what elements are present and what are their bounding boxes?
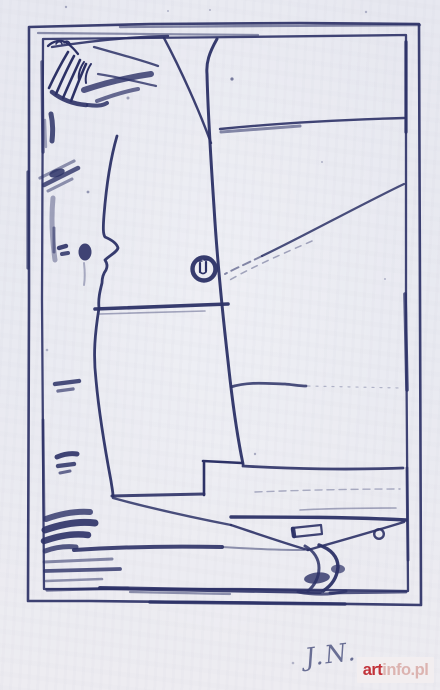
watermark-prefix: art (363, 661, 383, 680)
ink-smudges (40, 114, 230, 594)
bottom-steps (74, 461, 406, 550)
figure-profile-line (87, 136, 118, 496)
foot-hook (298, 545, 346, 594)
hand-sketch (48, 36, 211, 143)
ink-drawing: J.N. (0, 0, 440, 690)
artwork-photo: J.N. artinfo.pl (0, 0, 440, 690)
artist-signature: J.N. (298, 637, 358, 673)
monogram-circle-icon (193, 258, 216, 281)
top-right-lines (220, 118, 404, 281)
watermark-suffix: info.pl (382, 661, 428, 680)
central-divider-line (95, 39, 400, 464)
watermark: artinfo.pl (357, 657, 434, 683)
